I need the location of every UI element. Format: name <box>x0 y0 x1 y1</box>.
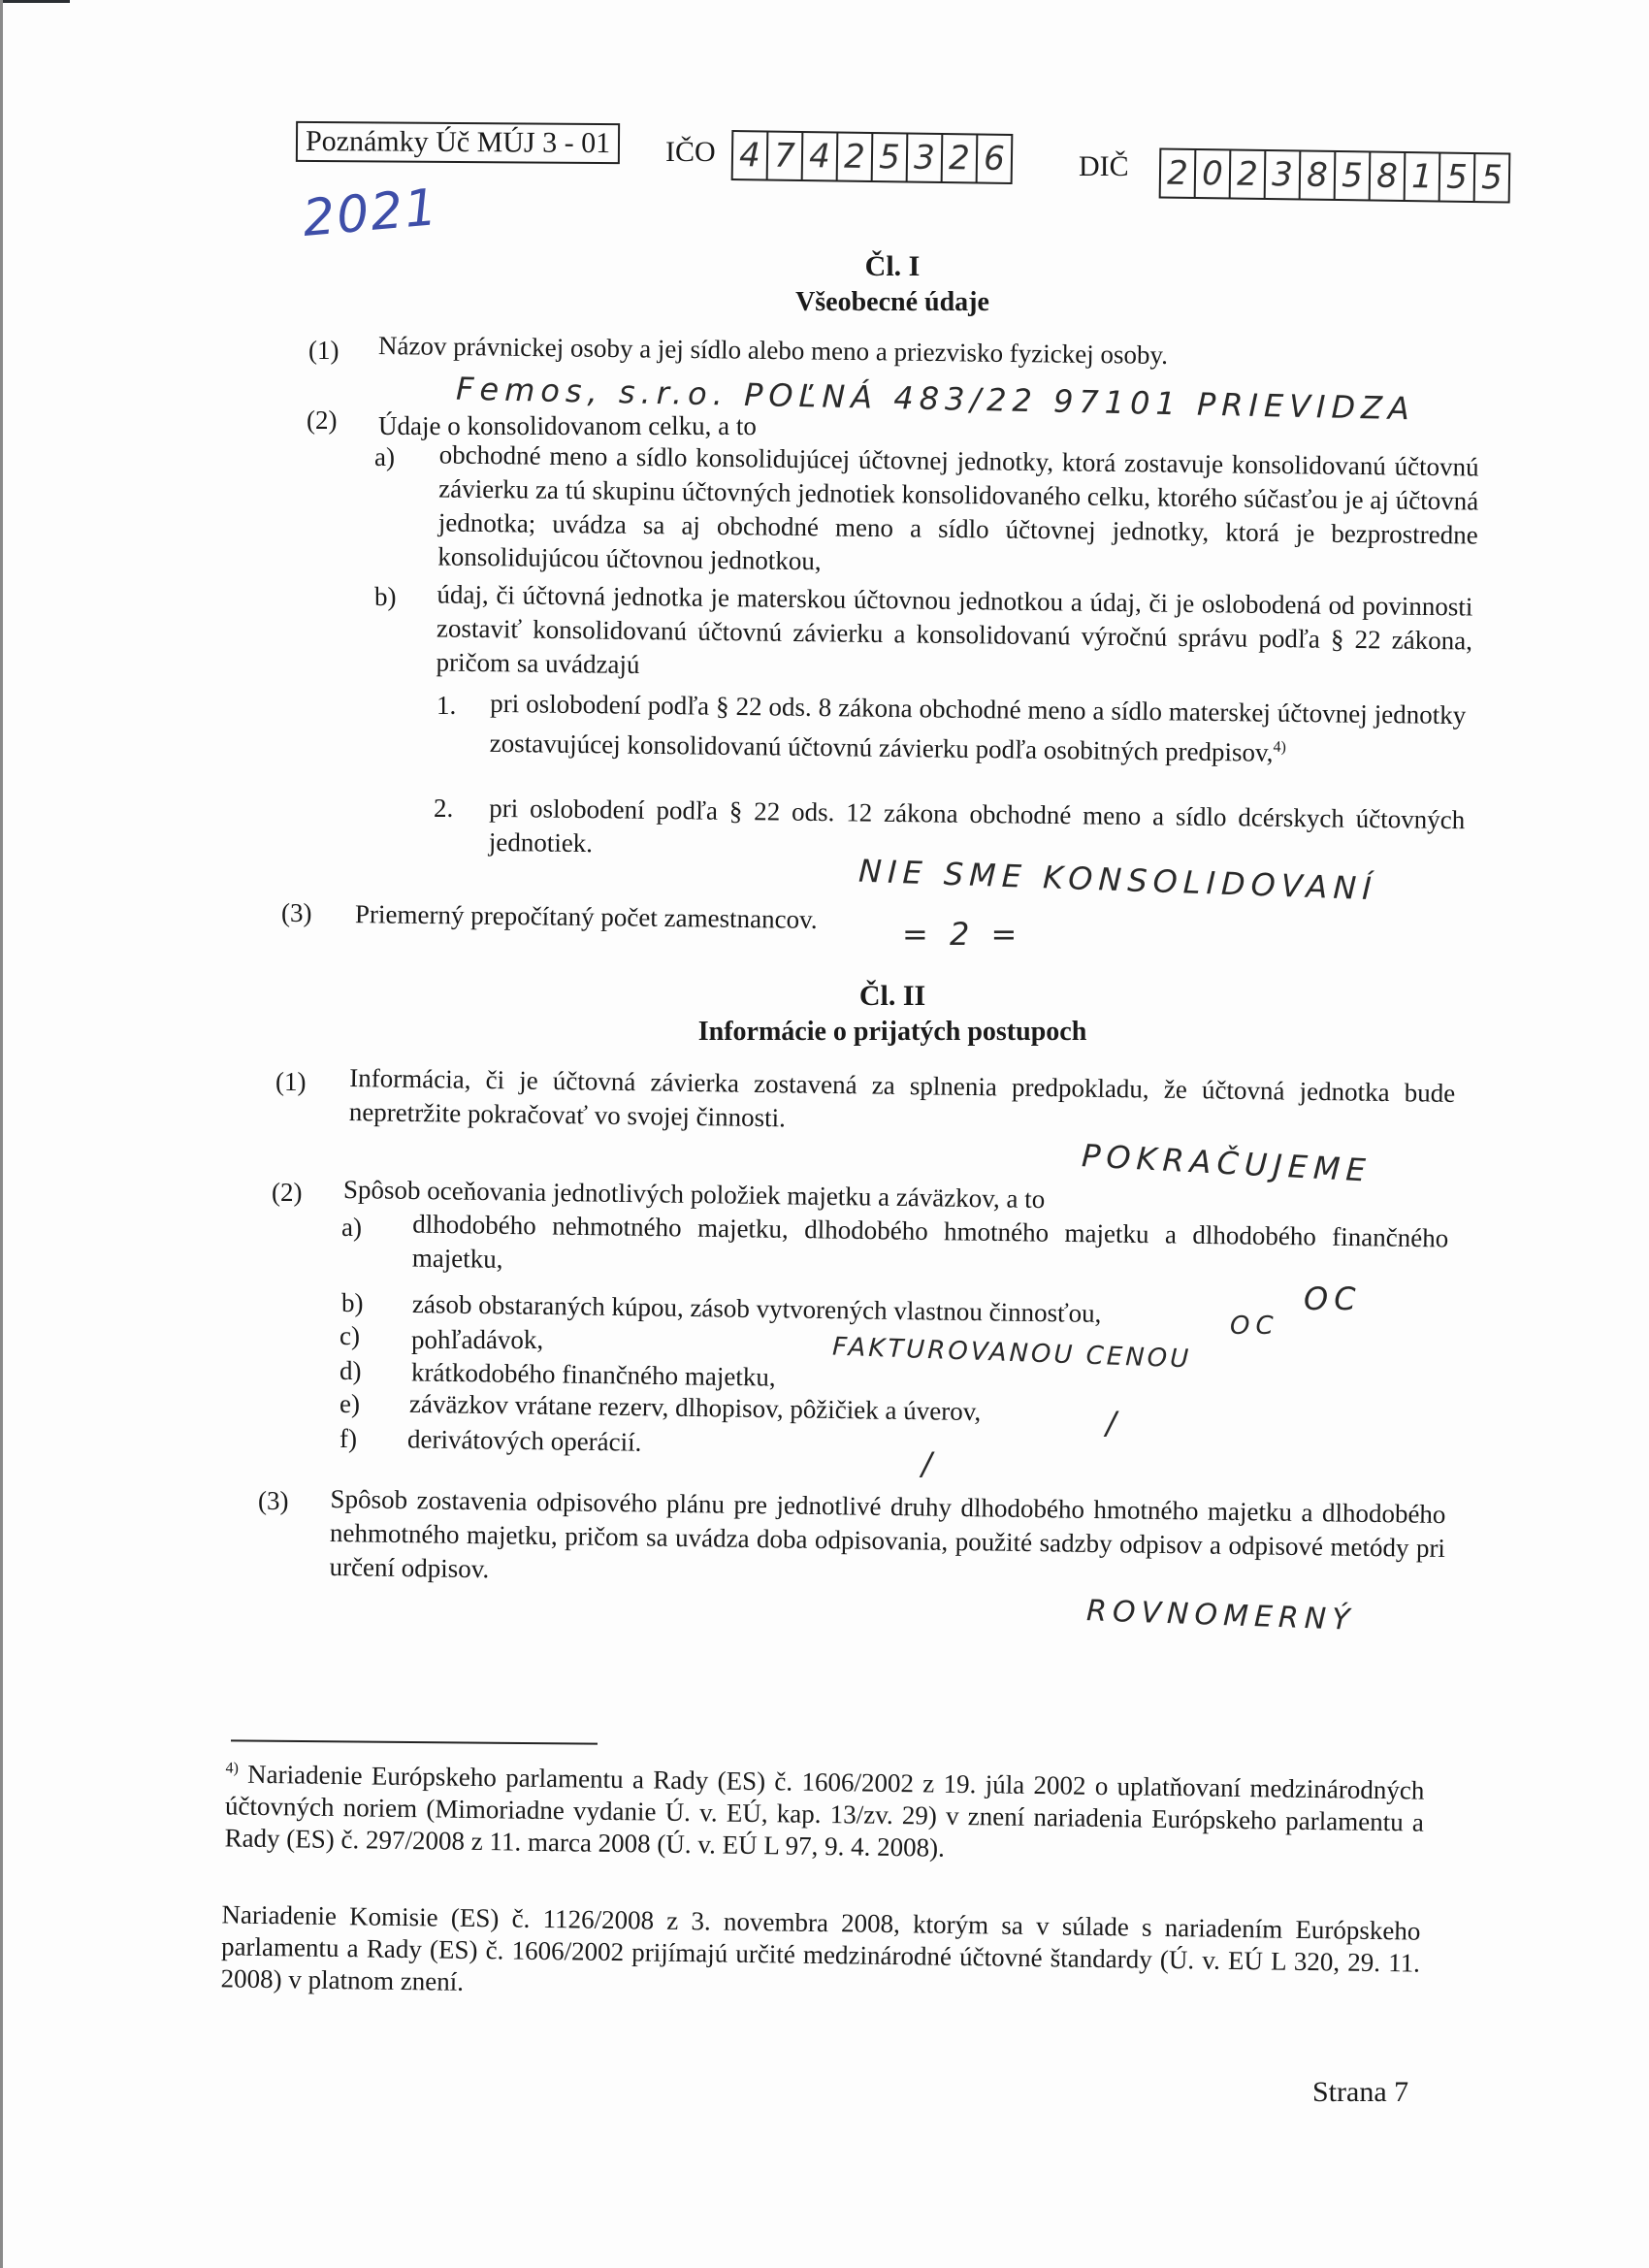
subitem-text: záväzkov vrátane rezerv, dlhopisov, pôži… <box>409 1389 982 1427</box>
handwritten-straight-line: ROVNOMERNÝ <box>1085 1594 1356 1637</box>
dic-digit: 5 <box>1336 152 1372 199</box>
item-number: (1) <box>308 336 339 366</box>
item-number: (2) <box>307 405 337 436</box>
ico-digit: 4 <box>733 132 769 178</box>
item-number: (3) <box>258 1486 288 1516</box>
handwritten-employee-count: = 2 = <box>902 916 1022 953</box>
page-number: Strana 7 <box>1312 2076 1408 2109</box>
subitem-label: a) <box>374 442 395 472</box>
subitem-label: a) <box>341 1213 362 1243</box>
subitem-label: c) <box>339 1321 360 1351</box>
ico-digit-boxes: 4 7 4 2 5 3 2 6 <box>731 130 1014 184</box>
dic-digit: 0 <box>1196 150 1232 197</box>
ico-digit: 4 <box>803 133 839 179</box>
item-number: (1) <box>275 1067 306 1097</box>
form-code-box: Poznámky Úč MÚJ 3 - 01 <box>296 121 620 164</box>
subitem-text: obchodné meno a sídlo konsolidujúcej účt… <box>437 437 1479 586</box>
item-number: (2) <box>272 1178 302 1208</box>
handwritten-dash: / <box>921 1445 938 1482</box>
footnote-1: 4) Nariadenie Európskeho parlamentu a Ra… <box>224 1752 1424 1870</box>
subitem-label: b) <box>374 582 397 612</box>
subitem-label: e) <box>339 1389 360 1419</box>
handwritten-year: 2021 <box>301 178 441 248</box>
subitem-label: f) <box>339 1424 357 1454</box>
dic-digit: 2 <box>1161 150 1197 197</box>
handwritten-continuing: POKRAČUJEME <box>1081 1137 1372 1189</box>
ico-digit: 7 <box>768 133 804 179</box>
dic-digit: 2 <box>1231 151 1267 198</box>
dic-digit: 3 <box>1266 151 1302 198</box>
handwritten-invoiced-price: FAKTUROVANOU CENOU <box>832 1333 1192 1375</box>
ico-label: IČO <box>665 136 716 169</box>
point-label: 2. <box>434 794 453 824</box>
item-text: Údaje o konsolidovanom celku, a to <box>378 411 757 441</box>
article-2-heading: Čl. II Informácie o prijatých postupoch <box>0 980 1649 1048</box>
subitem-text: zásob obstaraných kúpou, zásob vytvorený… <box>412 1289 1102 1329</box>
item-number: (3) <box>281 898 311 928</box>
footnote-divider <box>231 1739 598 1744</box>
subitem-text: derivátových operácií. <box>407 1424 642 1457</box>
handwritten-valuation: OC <box>1230 1312 1279 1341</box>
subitem-label: b) <box>341 1288 364 1318</box>
dic-digit-boxes: 2 0 2 3 8 5 8 1 5 5 <box>1159 147 1511 203</box>
article-1-title: Všeobecné údaje <box>0 287 1649 318</box>
item-text: Informácia, či je účtovná závierka zosta… <box>349 1061 1456 1145</box>
dic-label: DIČ <box>1079 150 1129 183</box>
subitem-text: pohľadávok, <box>411 1325 543 1355</box>
article-1-number: Čl. I <box>865 250 921 282</box>
dic-digit: 8 <box>1301 152 1337 199</box>
footnote-marker: 4) <box>225 1760 239 1776</box>
footnote-ref: 4) <box>1274 739 1287 756</box>
item-text: Spôsob zostavenia odpisového plánu pre j… <box>329 1482 1445 1600</box>
handwritten-valuation: OC <box>1304 1280 1362 1317</box>
ico-digit: 6 <box>978 136 1012 182</box>
subitem-label: d) <box>339 1356 362 1386</box>
document-page: Poznámky Úč MÚJ 3 - 01 IČO 4 7 4 2 5 3 2… <box>0 0 1649 2268</box>
dic-digit: 5 <box>1440 154 1476 201</box>
footnote-1-text: Nariadenie Európskeho parlamentu a Rady … <box>224 1760 1424 1863</box>
handwritten-dash: / <box>1106 1405 1122 1442</box>
subitem-text: dlhodobého nehmotného majetku, dlhodobéh… <box>412 1208 1449 1290</box>
dic-digit: 5 <box>1475 154 1509 201</box>
item-text: Priemerný prepočítaný počet zamestnancov… <box>355 899 818 935</box>
point-text: pri oslobodení podľa § 22 ods. 8 zákona … <box>490 687 1467 772</box>
dic-digit: 1 <box>1406 153 1441 200</box>
point-label: 1. <box>436 691 456 721</box>
ico-digit: 2 <box>943 135 979 181</box>
article-2-title: Informácie o prijatých postupoch <box>0 1017 1649 1048</box>
ico-digit: 5 <box>873 134 909 180</box>
article-2-number: Čl. II <box>859 980 925 1012</box>
footnote-2: Nariadenie Komisie (ES) č. 1126/2008 z 3… <box>220 1898 1420 2011</box>
point-text-content: pri oslobodení podľa § 22 ods. 8 zákona … <box>490 689 1467 767</box>
ico-digit: 2 <box>838 134 874 180</box>
subitem-text: údaj, či účtovná jednotka je materskou ú… <box>436 577 1472 692</box>
article-1-heading: Čl. I Všeobecné údaje <box>0 250 1649 318</box>
subitem-text: krátkodobého finančného majetku, <box>411 1357 776 1392</box>
ico-digit: 3 <box>908 135 944 181</box>
item-text: Názov právnickej osoby a jej sídlo alebo… <box>378 331 1168 371</box>
dic-digit: 8 <box>1371 153 1406 200</box>
